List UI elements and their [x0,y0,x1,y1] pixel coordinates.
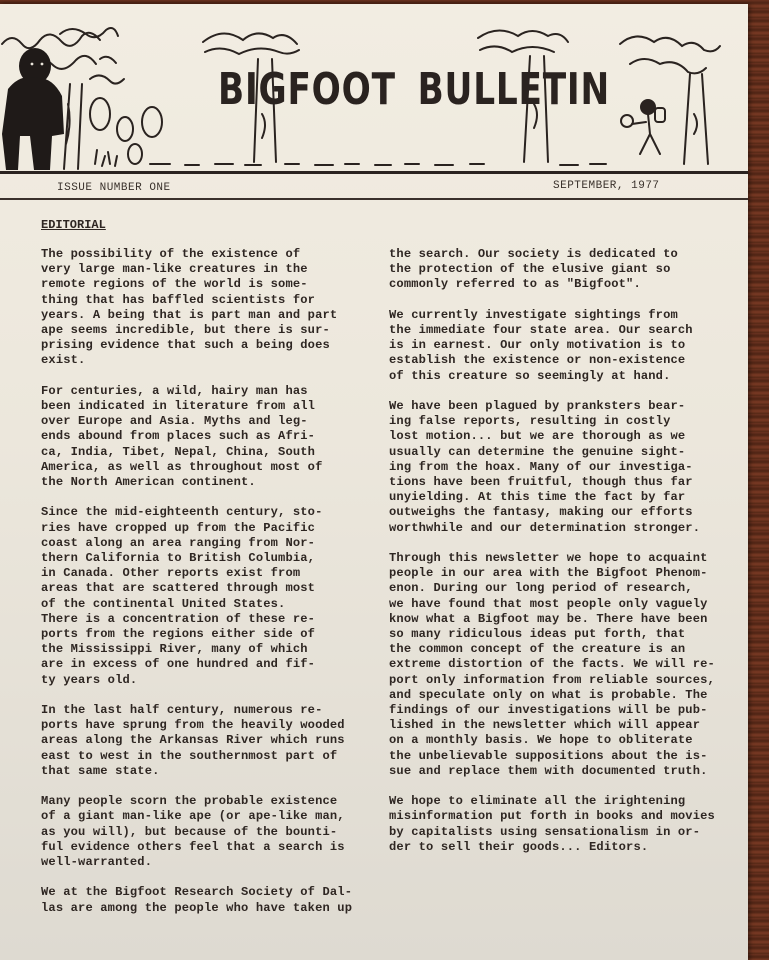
left-column: The possibility of the existence of very… [41,247,381,931]
issue-date: SEPTEMBER, 1977 [553,180,660,192]
paragraph: The possibility of the existence of very… [41,247,381,369]
paragraph: Since the mid-eighteenth century, sto- r… [41,505,381,687]
paragraph: Many people scorn the probable existence… [41,794,381,870]
newsletter-page: BIGFOOTBULLETIN ISSUE NUMBER ONE SEPTEMB… [0,4,748,960]
title-word-bulletin: BULLETIN [418,64,610,115]
title-word-bigfoot: BIGFOOT [218,64,396,115]
paragraph: We have been plagued by pranksters bear-… [389,399,739,536]
right-column: the search. Our society is dedicated to … [389,247,739,870]
paragraph: We currently investigate sightings from … [389,308,739,384]
paragraph: We at the Bigfoot Research Society of Da… [41,885,381,915]
paragraph: the search. Our society is dedicated to … [389,247,739,293]
paragraph: For centuries, a wild, hairy man has bee… [41,384,381,490]
masthead: BIGFOOTBULLETIN [0,4,748,174]
paragraph: In the last half century, numerous re- p… [41,703,381,779]
masthead-rule [0,171,748,174]
issue-number: ISSUE NUMBER ONE [57,182,171,194]
issue-bar: ISSUE NUMBER ONE SEPTEMBER, 1977 [0,180,748,200]
paragraph: We hope to eliminate all the irightening… [389,794,739,855]
editorial-heading: EDITORIAL [41,218,106,232]
paragraph: Through this newsletter we hope to acqua… [389,551,739,779]
newsletter-title: BIGFOOTBULLETIN [218,64,610,115]
